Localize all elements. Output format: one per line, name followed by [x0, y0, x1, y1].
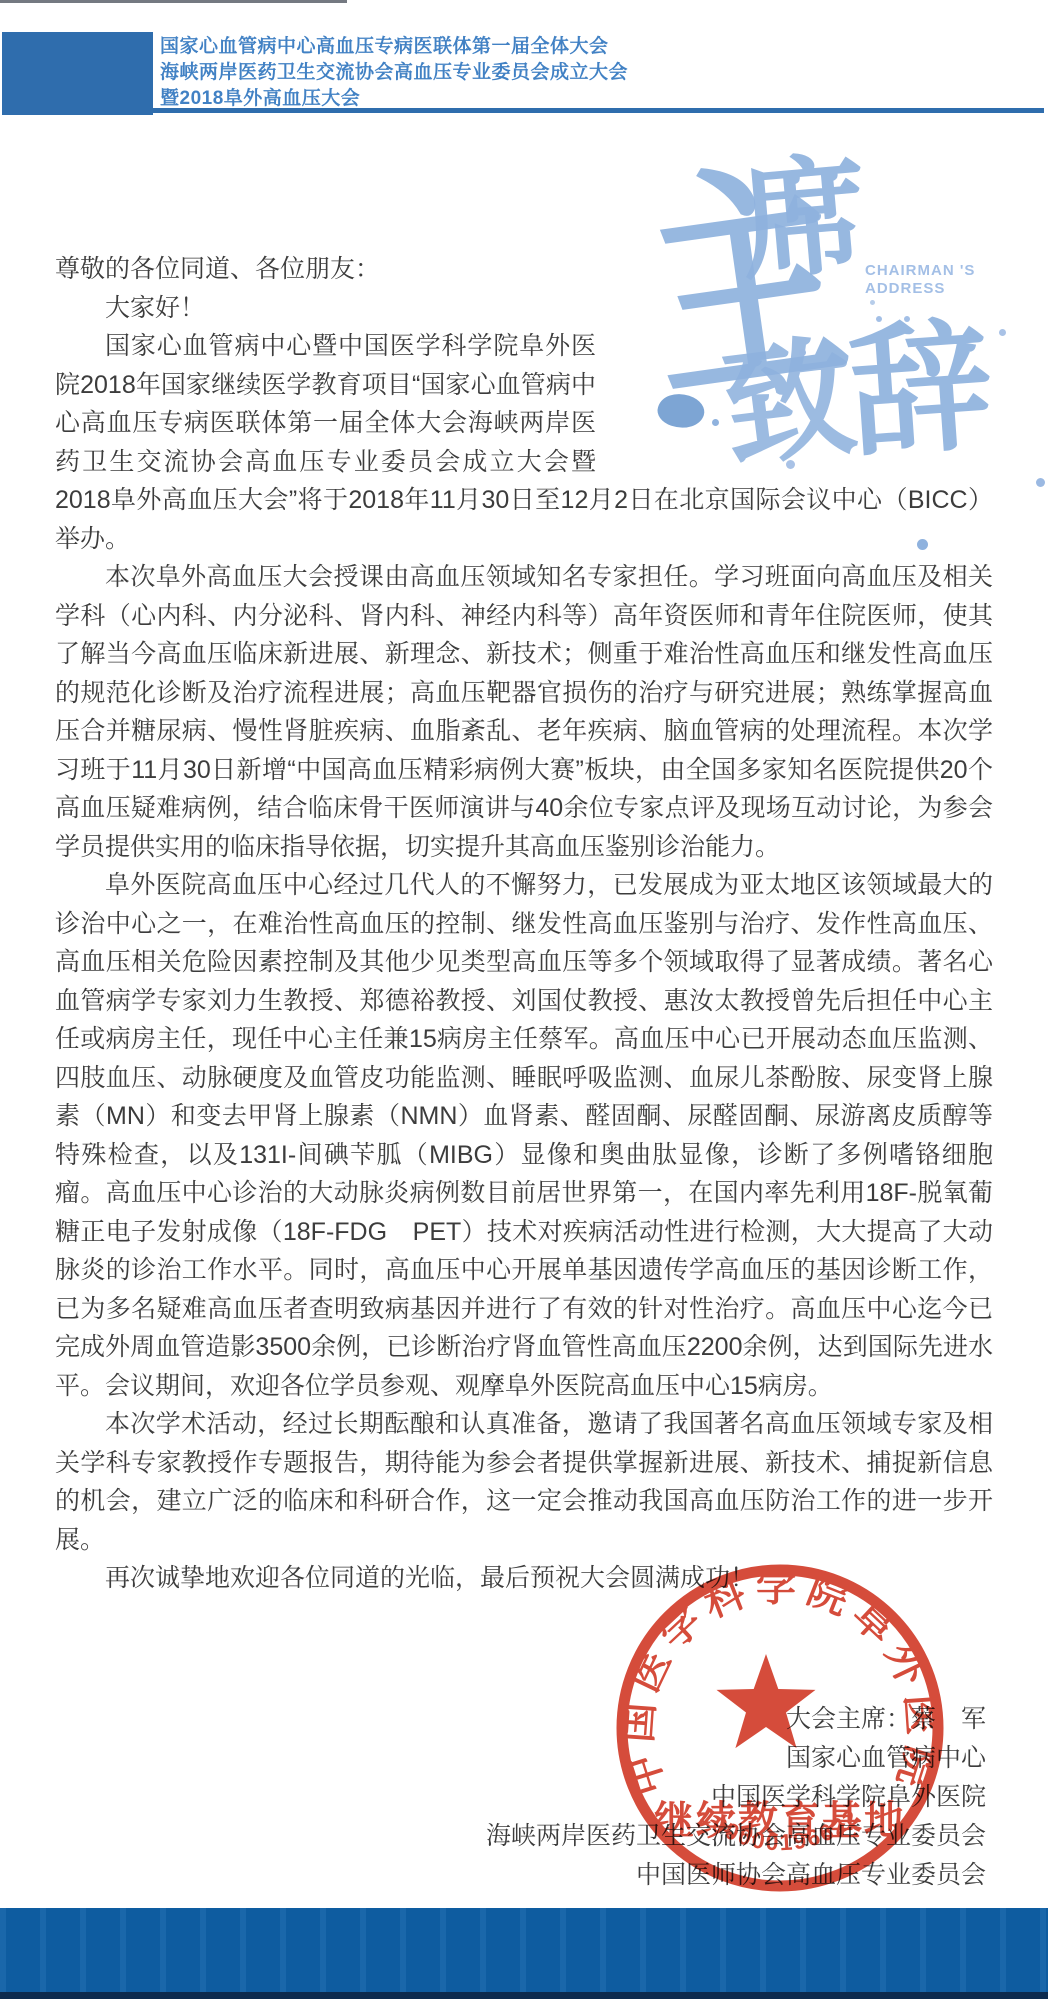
flyer-page: 国家心血管病中心高血压专病医联体第一届全体大会 海峡两岸医药卫生交流协会高血压专…: [0, 0, 1048, 1999]
header-accent-block: [2, 32, 153, 115]
greeting-line: 大家好！: [55, 289, 993, 328]
footer-band: [0, 1908, 1048, 1999]
paragraph-academic: 本次学术活动，经过长期酝酿和认真准备，邀请了我国著名高血压领域专家及相关学科专家…: [55, 1405, 993, 1559]
paragraph-program: 本次阜外高血压大会授课由高血压领域知名专家担任。学习班面向高血压及相关学科（心内…: [55, 558, 993, 866]
header-title-line-2: 海峡两岸医药卫生交流协会高血压专业委员会成立大会: [160, 60, 628, 86]
conference-header: 国家心血管病中心高血压专病医联体第一届全体大会 海峡两岸医药卫生交流协会高血压专…: [160, 34, 628, 112]
paragraph-center: 阜外医院高血压中心经过几代人的不懈努力，已发展成为亚太地区该领域最大的诊治中心之…: [55, 866, 993, 1405]
artwork-wrap-spacer: [596, 327, 993, 477]
seal-ring-text: 中国医学科学院阜外医院: [616, 1565, 945, 1800]
ink-splatter-dots: [618, 150, 623, 155]
top-edge-strip: [0, 0, 347, 3]
hospital-seal: 中国医学科学院阜外医院 继续教育基地 100000196622: [608, 1556, 952, 1900]
svg-text:中国医学科学院阜外医院: 中国医学科学院阜外医院: [616, 1565, 945, 1800]
salutation: 尊敬的各位同道、各位朋友：: [55, 250, 993, 289]
letter-body: 尊敬的各位同道、各位朋友： 大家好！ 国家心血管病中心暨中国医学科学院阜外医院2…: [55, 250, 993, 1598]
header-title-line-3: 暨2018阜外高血压大会: [160, 86, 628, 112]
header-title-line-1: 国家心血管病中心高血压专病医联体第一届全体大会: [160, 34, 628, 60]
seal-star: [717, 1654, 816, 1748]
